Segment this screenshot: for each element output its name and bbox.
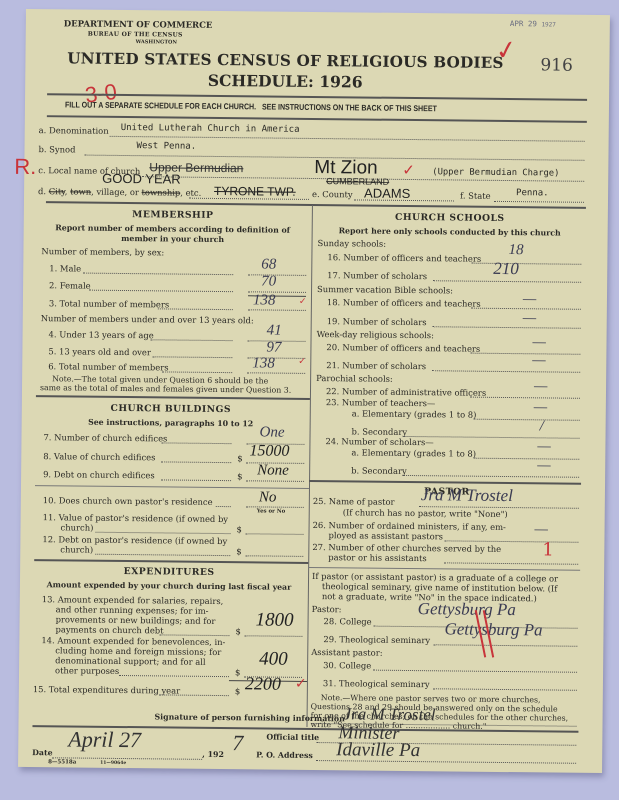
q21-label: 21. Number of scholars [326, 360, 426, 371]
q23b-value[interactable]: / [540, 418, 544, 434]
q8-value-value[interactable]: 15000 [249, 443, 289, 459]
church-schools-heading: CHURCH SCHOOLS [316, 211, 584, 225]
q7-label: 7. Number of church edifices [43, 432, 167, 443]
buildings-heading: CHURCH BUILDINGS [36, 402, 306, 416]
q22-value[interactable]: — [534, 378, 548, 394]
year-value[interactable]: 7 [232, 735, 243, 751]
q17-label: 17. Number of scholars [327, 270, 427, 281]
q28-label: 28. College [324, 616, 372, 627]
q31-label: 31. Theological seminary [323, 678, 430, 689]
date-label: Date [32, 748, 52, 758]
schedule-title: SCHEDULE: 1926 [65, 69, 505, 93]
denomination-label: a. Denomination [39, 125, 109, 136]
q16-label: 16. Number of officers and teachers [327, 252, 481, 264]
q14-benevolences-value[interactable]: 400 [259, 651, 288, 667]
q23a-label: a. Elementary (grades 1 to 8) [352, 408, 477, 419]
q2-female-value[interactable]: 70 [261, 273, 276, 289]
q20-label: 20. Number of officers and teachers [326, 342, 480, 354]
q1-male-value[interactable]: 68 [261, 256, 276, 272]
q8-label: 8. Value of church edifices [43, 451, 155, 462]
q26-value[interactable]: — [534, 521, 548, 537]
year-prefix: , 192 [202, 750, 224, 760]
red-check-mark: ✓ [299, 297, 307, 307]
township-struck: TYRONE TWP. [214, 184, 296, 199]
q21-value[interactable]: — [532, 352, 546, 368]
q18-label: 18. Number of officers and teachers [327, 297, 481, 309]
q23a-value[interactable]: — [534, 399, 548, 415]
q3-total-value[interactable]: 138 [253, 292, 276, 308]
q7-edifices-value[interactable]: One [259, 424, 284, 440]
q17-sunday-scholars-value[interactable]: 210 [493, 261, 519, 277]
county-label: e. County [312, 189, 353, 199]
received-stamp: APR 29 1927 [510, 19, 556, 28]
q13-running-expenses-value[interactable]: 1800 [256, 612, 294, 628]
q5-over13-value[interactable]: 97 [266, 340, 281, 356]
expenditures-heading: EXPENDITURES [34, 565, 304, 579]
state-value[interactable]: Penna. [516, 188, 549, 198]
q18-value[interactable]: — [523, 291, 537, 307]
page-title: UNITED STATES CENSUS OF RELIGIOUS BODIES [65, 49, 505, 72]
q22-label: 22. Number of administrative officers [326, 386, 486, 398]
official-title-label: Official title [266, 733, 319, 744]
bureau-label: BUREAU OF THE CENSUS [88, 31, 183, 39]
q2-label: 2. Female [49, 280, 91, 290]
q25-label: 25. Name of pastor [313, 496, 395, 507]
county-value[interactable]: ADAMS [364, 186, 410, 201]
q30-label: 30. College [323, 660, 371, 671]
q1-label: 1. Male [49, 263, 81, 273]
red-check-mark: ✓ [298, 357, 306, 367]
q29-label: 29. Theological seminary [323, 634, 430, 645]
q4-under13-value[interactable]: 41 [267, 323, 282, 339]
red-check-mark: ✓ [402, 161, 415, 179]
q6-label: 6. Total number of members [48, 361, 168, 372]
q10-residence-value[interactable]: No [259, 489, 277, 505]
city-value[interactable]: GOOD YEAR [102, 171, 181, 187]
q24b-label: b. Secondary [351, 465, 407, 476]
q23b-label: b. Secondary [352, 426, 408, 437]
schedule-number: 916 [540, 55, 573, 75]
q25-pastor-name-value[interactable]: Jra M Trostel [421, 487, 513, 504]
q4-label: 4. Under 13 years of age [49, 329, 154, 340]
q27-value[interactable]: 1 [542, 542, 554, 558]
q5-label: 5. 13 years old and over [48, 346, 151, 357]
state-label: f. State [460, 191, 491, 201]
form-number: 8—5518a [48, 759, 76, 765]
instruction-banner: FILL OUT A SEPARATE SCHEDULE FOR EACH CH… [65, 100, 437, 113]
q19-label: 19. Number of scholars [327, 316, 427, 327]
margin-r-mark: R. [14, 154, 36, 180]
q9-debt-value[interactable]: None [257, 462, 289, 478]
q20-value[interactable]: — [532, 334, 546, 350]
local-name-suffix: (Upper Bermudian Charge) [432, 167, 559, 178]
synod-label: b. Synod [38, 144, 75, 154]
form-number-2: 11—9064e [100, 761, 126, 766]
city-label: d. City, town, village, or township, etc… [38, 186, 201, 198]
q15-total-value[interactable]: 2200 [245, 675, 281, 691]
red-check-mark: ✓ [295, 676, 307, 692]
denomination-value[interactable]: United Lutherah Church in America [121, 123, 300, 135]
q24a-value[interactable]: — [537, 438, 551, 454]
date-value[interactable]: April 27 [68, 731, 141, 748]
membership-heading: MEMBERSHIP [38, 208, 308, 222]
q10-label: 10. Does church own pastor's residence [43, 495, 213, 507]
q24b-value[interactable]: — [537, 457, 551, 473]
city-label: WASHINGTON [136, 39, 177, 45]
q9-label: 9. Debt on church edifices [43, 469, 155, 480]
synod-value[interactable]: West Penna. [137, 141, 197, 152]
q19-value[interactable]: — [523, 310, 537, 326]
po-address-value[interactable]: Idaville Pa [336, 742, 420, 759]
q29-seminary-value[interactable]: Gettysburg Pa [444, 621, 542, 638]
q6-total-value[interactable]: 138 [252, 355, 275, 371]
census-schedule-sheet: DEPARTMENT OF COMMERCE BUREAU OF THE CEN… [18, 9, 610, 773]
q16-sunday-teachers-value[interactable]: 18 [508, 242, 523, 258]
signature-value[interactable]: Jra M Trostel [344, 706, 436, 723]
q28-college-value[interactable]: Gettysburg Pa [418, 601, 516, 618]
q24a-label: a. Elementary (grades 1 to 8) [351, 447, 476, 458]
po-address-label: P. O. Address [256, 750, 313, 761]
q3-label: 3. Total number of members [49, 298, 169, 309]
department-label: DEPARTMENT OF COMMERCE [64, 19, 213, 31]
